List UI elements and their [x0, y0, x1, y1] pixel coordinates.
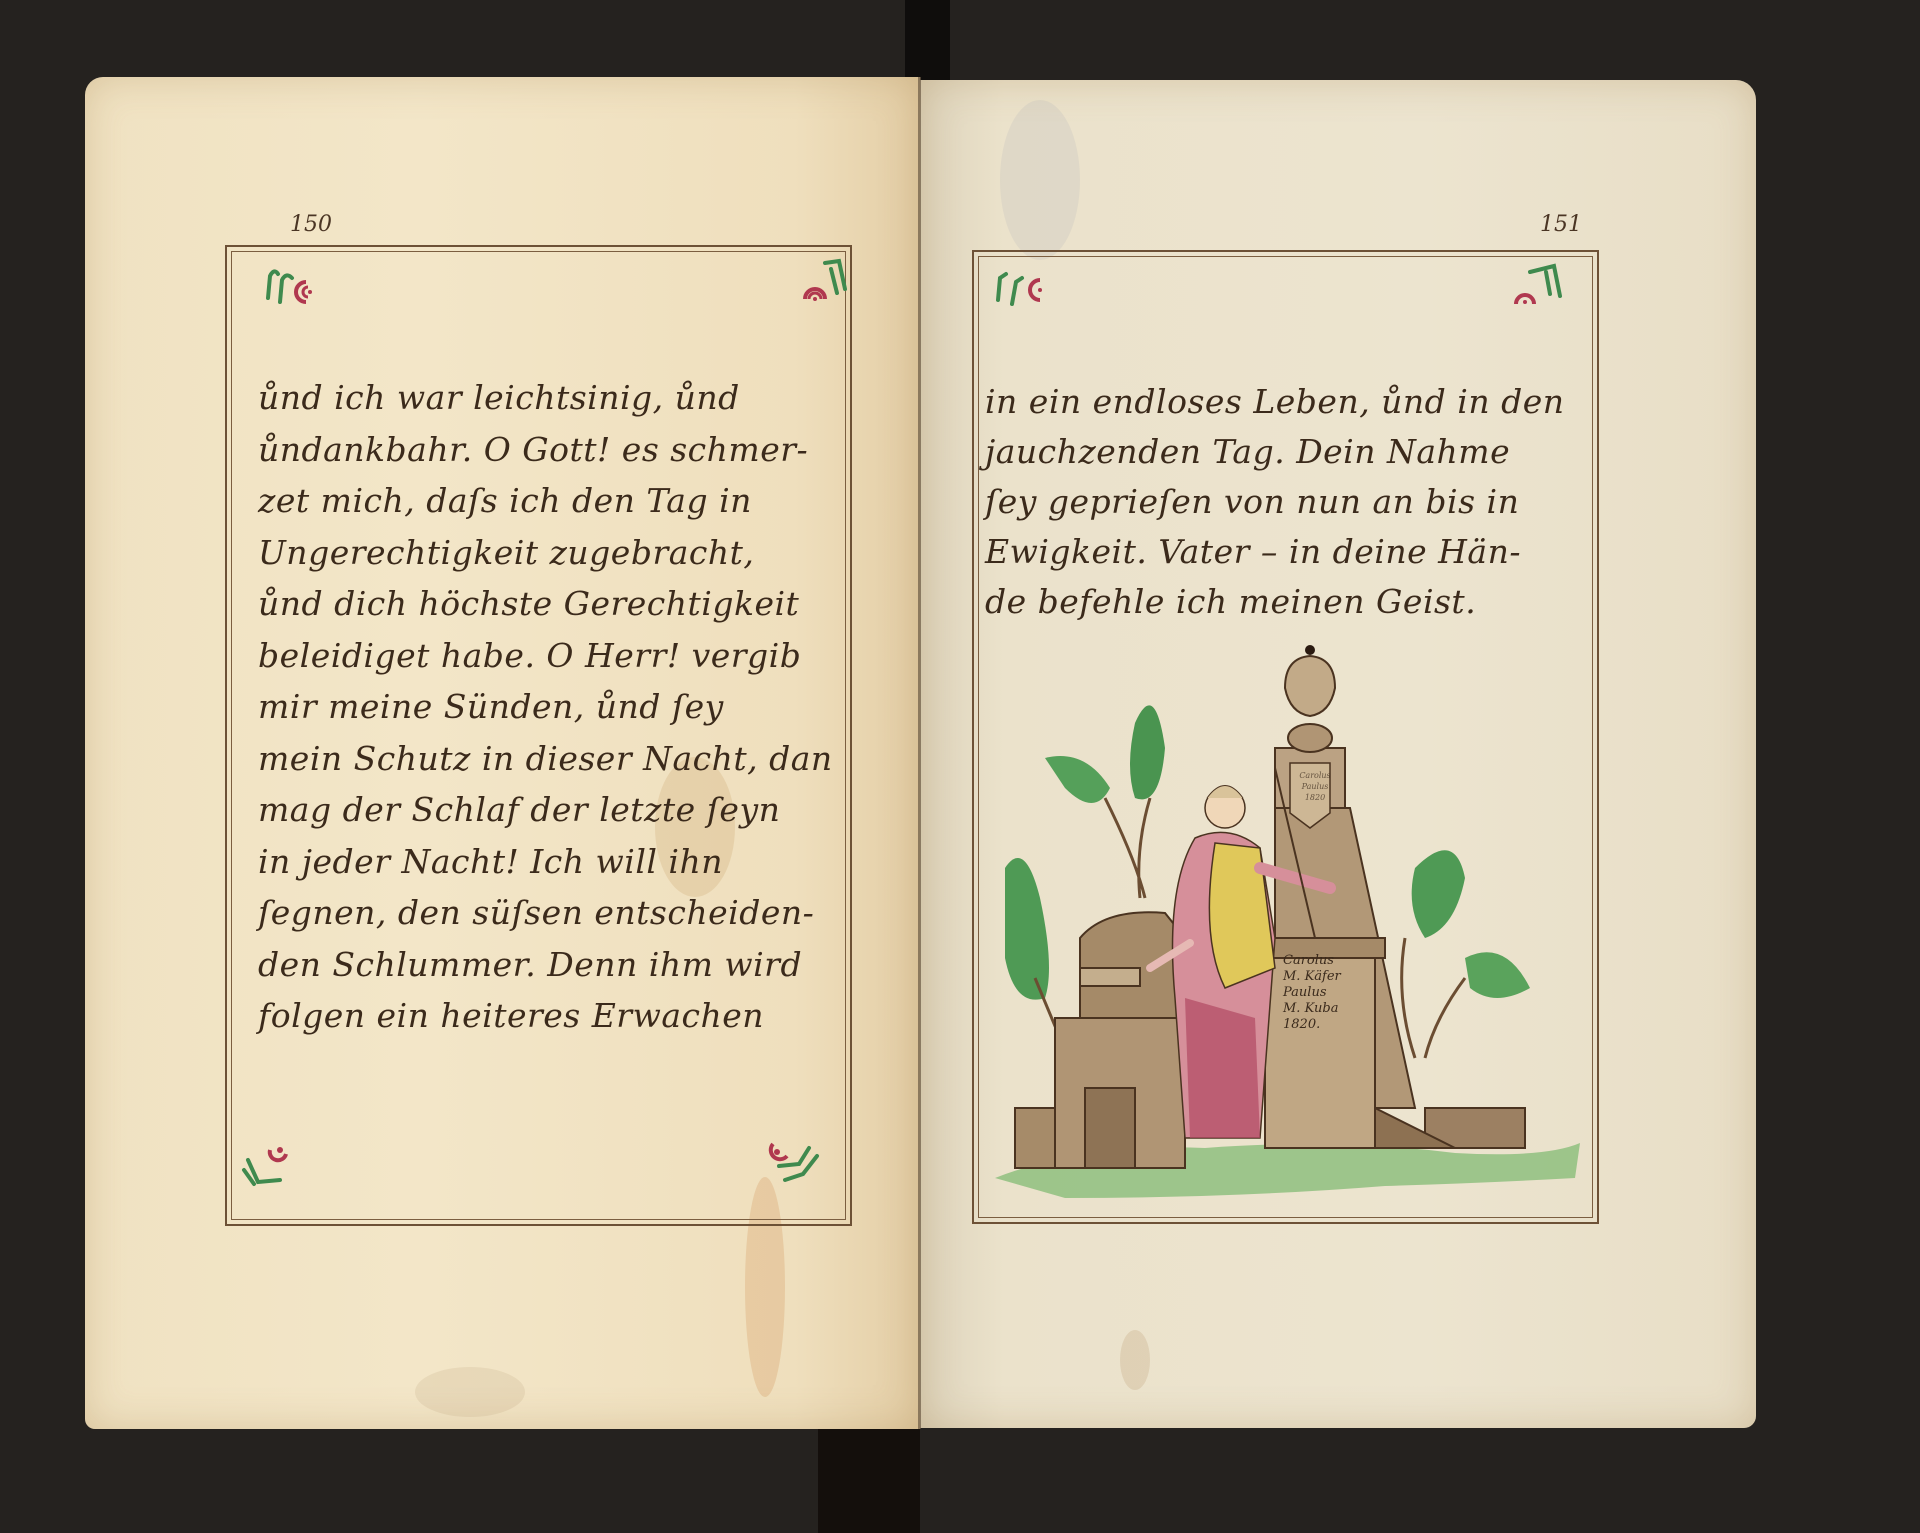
text-line: zet mich, daſs ich den Tag in — [258, 475, 848, 527]
text-line: ſey geprieſen von nun an bis in — [985, 477, 1585, 527]
monument-drawing — [985, 638, 1585, 1200]
corner-ornament-rose-icon — [990, 260, 1050, 310]
page-number-left: 150 — [290, 212, 332, 237]
paper-stain — [415, 1367, 525, 1417]
text-line: ůnd ich war leichtsinig, ůnd — [258, 372, 848, 424]
text-line: mein Schutz in dieser Nacht, dan — [258, 733, 848, 785]
inscription-line: Paulus — [1283, 985, 1363, 1001]
text-line: Ewigkeit. Vater – in deine Hän- — [985, 527, 1585, 577]
inscription-line: M. Käfer — [1283, 969, 1363, 985]
text-line: in jeder Nacht! Ich will ihn — [258, 836, 848, 888]
text-line: jauchzenden Tag. Dein Nahme — [985, 427, 1585, 477]
text-line: folgen ein heiteres Erwachen — [258, 990, 848, 1042]
corner-ornament-rose-icon — [765, 1138, 825, 1188]
text-line: mir meine Sünden, ůnd ſey — [258, 681, 848, 733]
text-line: in ein endloses Leben, ůnd in den — [985, 377, 1585, 427]
inscription-line: Carolus — [1283, 953, 1363, 969]
background-gap-top — [905, 0, 950, 80]
text-line: ſegnen, den süſsen entscheiden- — [258, 887, 848, 939]
right-page-text: in ein endloses Leben, ůnd in den jauchz… — [985, 377, 1585, 627]
page-number-right: 151 — [1540, 212, 1582, 237]
corner-ornament-rose-icon — [262, 258, 322, 308]
text-line: Ungerechtigkeit zugebracht, — [258, 527, 848, 579]
paper-stain — [1120, 1330, 1150, 1390]
text-line: ůndankbahr. O Gott! es schmer- — [258, 424, 848, 476]
inscription-line: M. Kuba — [1283, 1001, 1363, 1017]
text-line: den Schlummer. Denn ihm wird — [258, 939, 848, 991]
background-gap-bottom — [818, 1425, 920, 1533]
monument-base-inscription: Carolus M. Käfer Paulus M. Kuba 1820. — [1283, 953, 1363, 1033]
inscription-line: Carolus — [1285, 770, 1345, 781]
paper-stain — [1000, 100, 1080, 260]
text-line: beleidiget habe. O Herr! vergib — [258, 630, 848, 682]
inscription-line: 1820 — [1285, 792, 1345, 803]
corner-ornament-rose-icon — [1510, 258, 1570, 308]
monument-plaque-inscription: Carolus Paulus 1820 — [1285, 770, 1345, 803]
text-line: ůnd dich höchste Gerechtigkeit — [258, 578, 848, 630]
memorial-illustration — [985, 638, 1585, 1200]
inscription-line: 1820. — [1283, 1017, 1363, 1033]
inscription-line: Paulus — [1285, 781, 1345, 792]
corner-ornament-rose-icon — [240, 1140, 300, 1190]
book-spine — [918, 77, 921, 1429]
text-line: mag der Schlaf der letzte ſeyn — [258, 784, 848, 836]
text-line: de befehle ich meinen Geist. — [985, 577, 1585, 627]
left-page-text: ůnd ich war leichtsinig, ůnd ůndankbahr.… — [258, 372, 848, 1042]
corner-ornament-rose-icon — [795, 255, 855, 305]
